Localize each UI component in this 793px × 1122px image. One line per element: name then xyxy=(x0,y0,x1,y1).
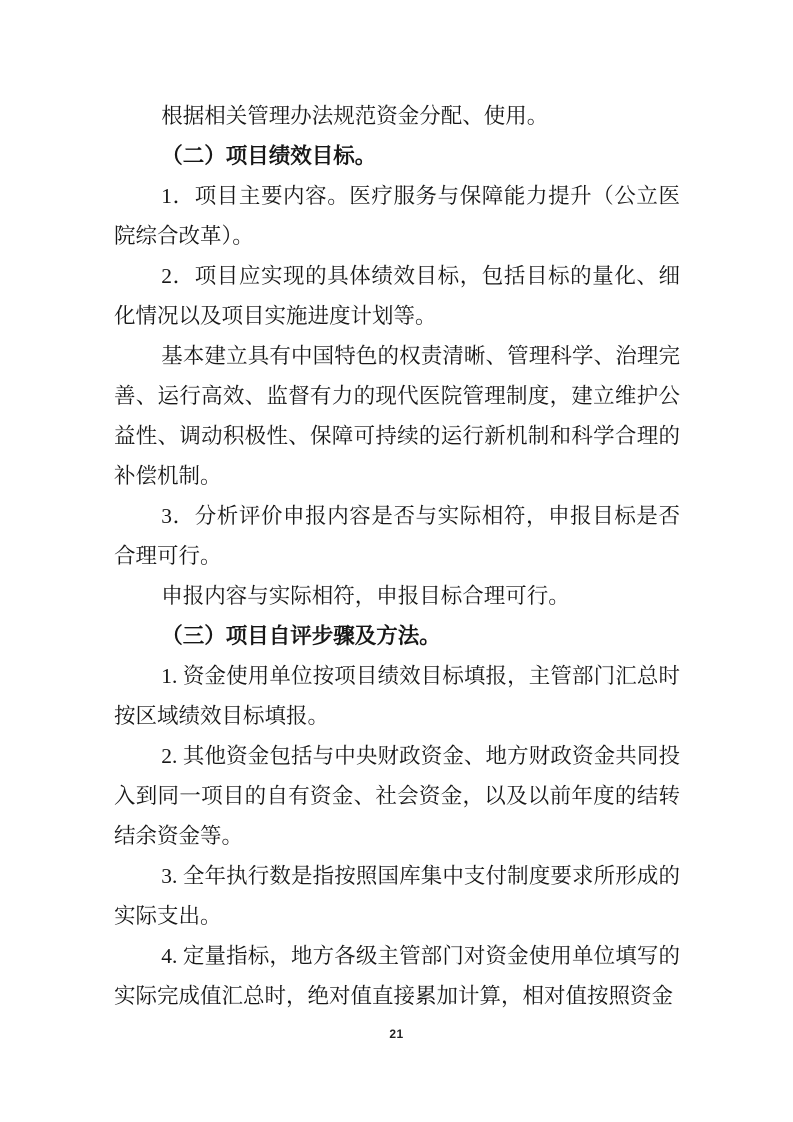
section-heading-project-performance-goals: （二）项目绩效目标。 xyxy=(114,136,680,176)
paragraph-step-4-quantitative-indicators: 4. 定量指标，地方各级主管部门对资金使用单位填写的实际完成值汇总时，绝对值直接… xyxy=(114,936,680,1016)
paragraph-step-2-other-funds: 2. 其他资金包括与中央财政资金、地方财政资金共同投入到同一项目的自有资金、社会… xyxy=(114,736,680,856)
paragraph-declaration-conclusion: 申报内容与实际相符，申报目标合理可行。 xyxy=(114,576,680,616)
paragraph-fund-allocation: 根据相关管理办法规范资金分配、使用。 xyxy=(114,96,680,136)
section-heading-self-evaluation-steps: （三）项目自评步骤及方法。 xyxy=(114,616,680,656)
page-footer: 21 xyxy=(0,1025,793,1043)
paragraph-item-3-analysis: 3．分析评价申报内容是否与实际相符，申报目标是否合理可行。 xyxy=(114,496,680,576)
document-page: 根据相关管理办法规范资金分配、使用。 （二）项目绩效目标。 1．项目主要内容。医… xyxy=(0,0,793,1122)
page-number: 21 xyxy=(389,1027,403,1041)
paragraph-item-1-main-content: 1．项目主要内容。医疗服务与保障能力提升（公立医院综合改革）。 xyxy=(114,176,680,256)
paragraph-hospital-management-system: 基本建立具有中国特色的权责清晰、管理科学、治理完善、运行高效、监督有力的现代医院… xyxy=(114,336,680,496)
paragraph-step-1-filling: 1. 资金使用单位按项目绩效目标填报，主管部门汇总时按区域绩效目标填报。 xyxy=(114,656,680,736)
document-body: 根据相关管理办法规范资金分配、使用。 （二）项目绩效目标。 1．项目主要内容。医… xyxy=(114,96,680,1016)
paragraph-step-3-execution-number: 3. 全年执行数是指按照国库集中支付制度要求所形成的实际支出。 xyxy=(114,856,680,936)
paragraph-item-2-specific-goals: 2．项目应实现的具体绩效目标，包括目标的量化、细化情况以及项目实施进度计划等。 xyxy=(114,256,680,336)
